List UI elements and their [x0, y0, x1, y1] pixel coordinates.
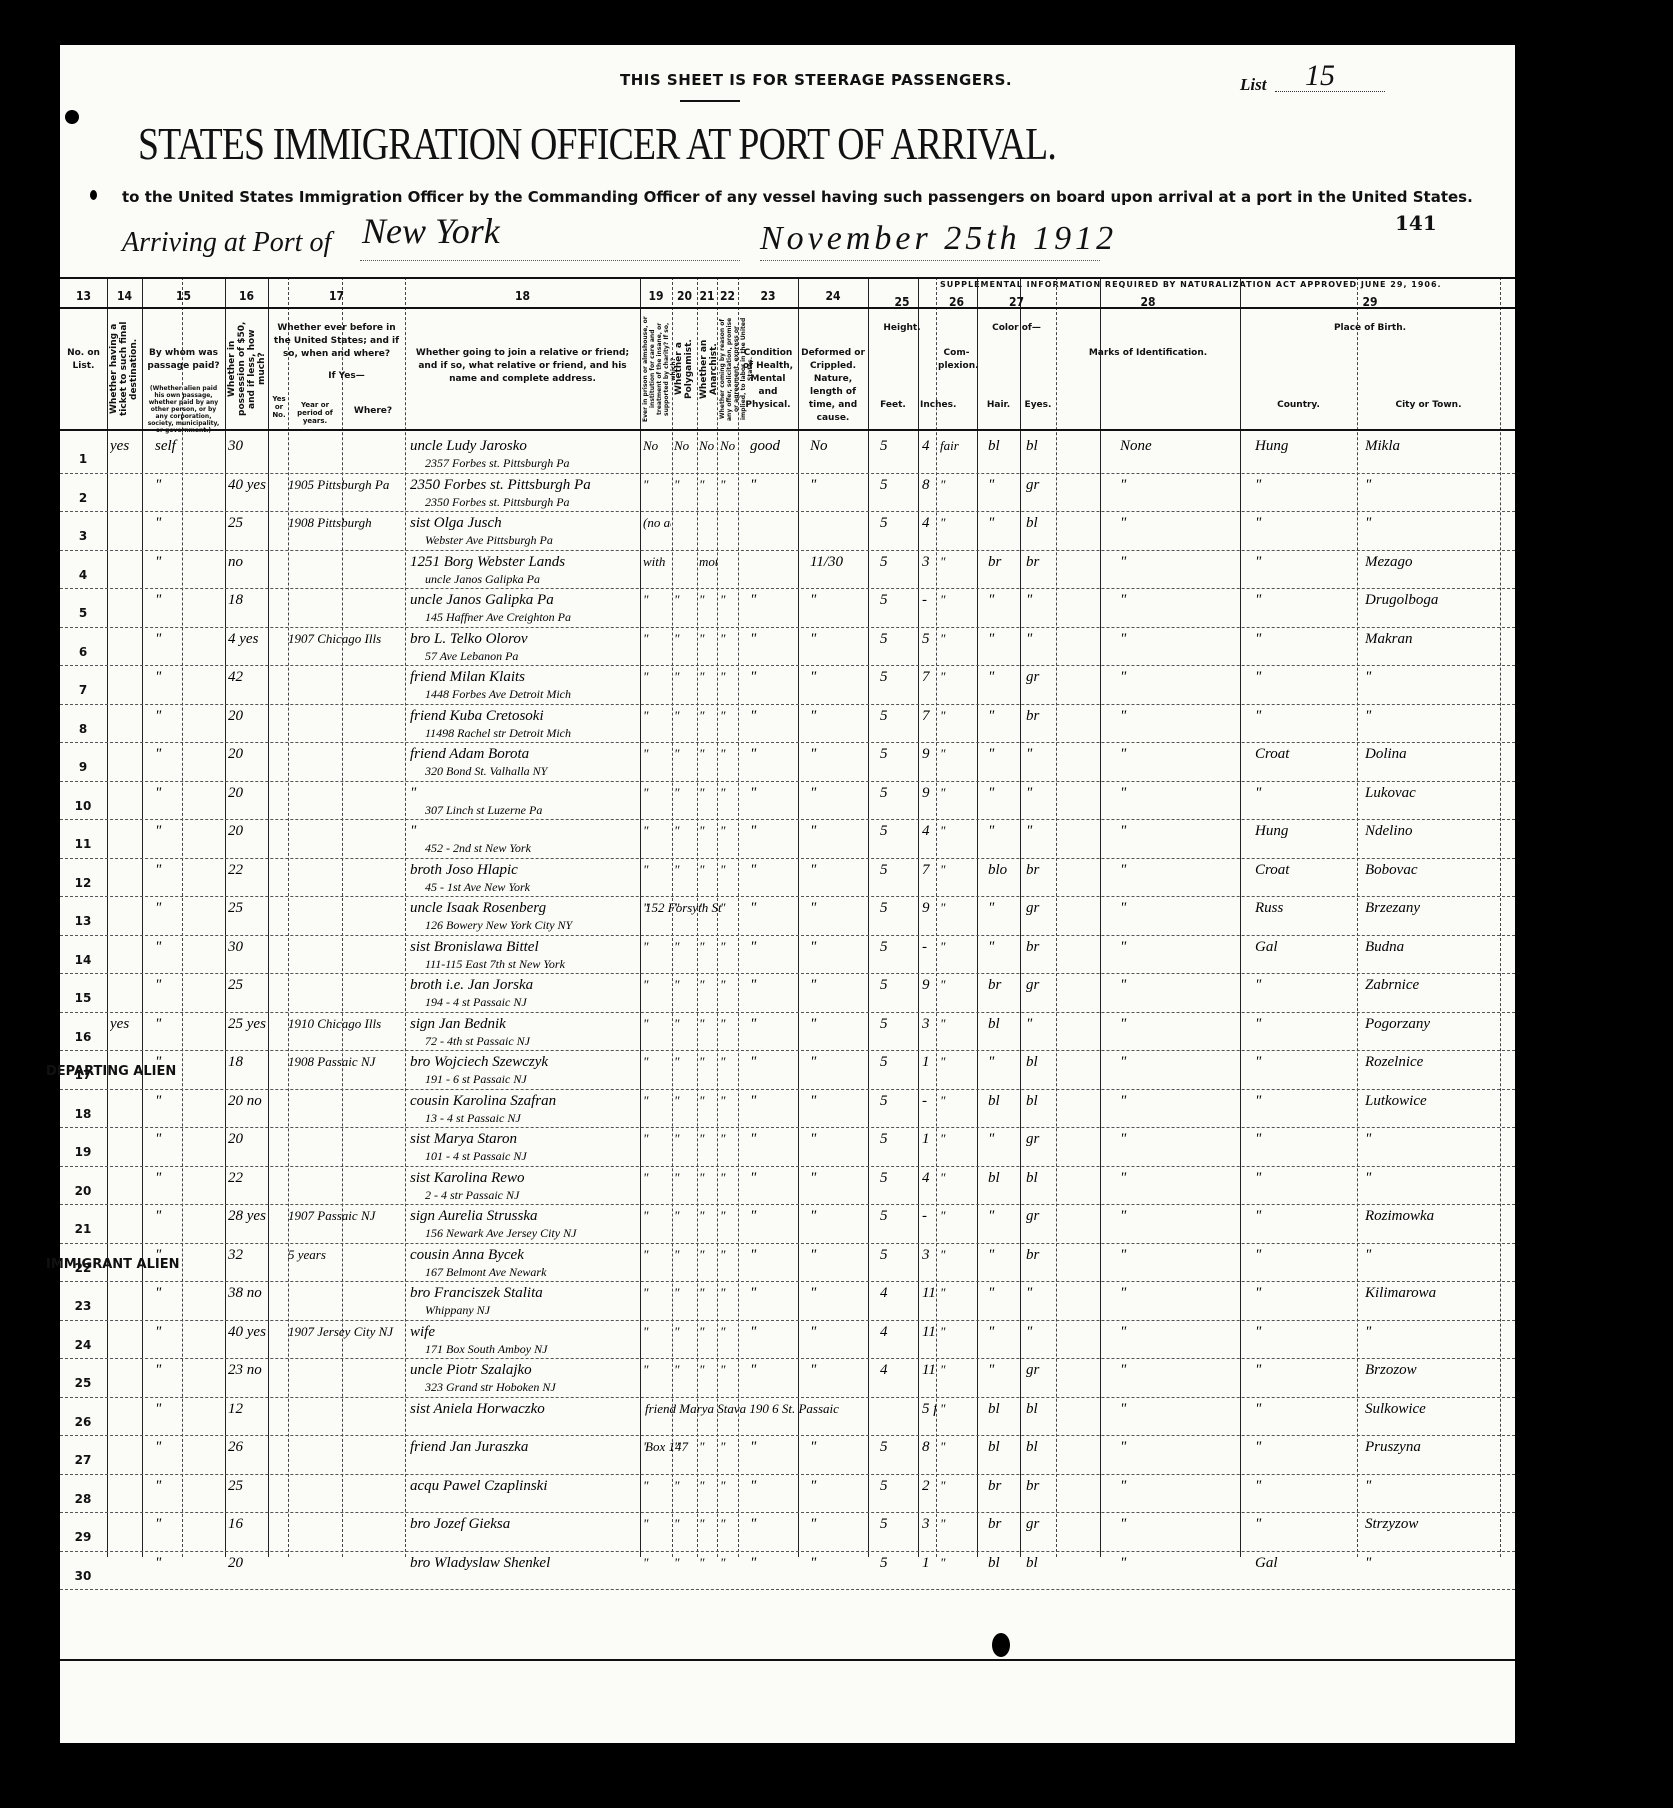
cell-paid: " — [155, 477, 220, 494]
cell-deformed: " — [810, 669, 866, 686]
cell-country: " — [1255, 669, 1355, 686]
cell-relative: sign Aurelia Strusska — [410, 1208, 638, 1225]
cell-ft: 5 — [880, 1516, 910, 1533]
cell-c20: " — [674, 785, 696, 801]
row-number: 29 — [68, 1530, 98, 1544]
cell-c19: " — [643, 1054, 671, 1070]
cell-ft: 5 — [880, 1555, 910, 1572]
column-number: 18 — [405, 289, 640, 303]
cell-c21: " — [699, 977, 717, 993]
cell-c22: " — [720, 1093, 738, 1109]
relative-address: 57 Ave Lebanon Pa — [425, 649, 637, 664]
cell-city: Mezago — [1365, 554, 1495, 571]
column-number: 15 — [142, 289, 225, 303]
page-title: STATES IMMIGRATION OFFICER AT PORT OF AR… — [138, 117, 1056, 170]
relative-address: 126 Bowery New York City NY — [425, 918, 637, 933]
cell-paid: " — [155, 1439, 220, 1456]
cell-marks: " — [1120, 1324, 1230, 1341]
cell-c22: " — [720, 477, 738, 493]
cell-eyes: br — [1026, 939, 1056, 956]
cell-ft: 4 — [880, 1324, 910, 1341]
cell-money: 20 — [228, 1131, 283, 1148]
cell-c21: " — [699, 862, 717, 878]
cell-ft: 4 — [880, 1285, 910, 1302]
cell-deformed: " — [810, 746, 866, 763]
cell-relative: friend Milan Klaits — [410, 669, 638, 686]
cell-marks: " — [1120, 900, 1230, 917]
cell-money: 30 — [228, 939, 283, 956]
cell-c20: " — [674, 1247, 696, 1263]
cell-deformed: " — [810, 477, 866, 494]
cell-country: " — [1255, 592, 1355, 609]
cell-country: " — [1255, 515, 1355, 532]
cell-money: 23 no — [228, 1362, 283, 1379]
row-divider — [60, 1012, 1515, 1013]
cell-eyes: bl — [1026, 438, 1056, 455]
cell-c22: " — [720, 1131, 738, 1147]
relative-address: 156 Newark Ave Jersey City NJ — [425, 1226, 637, 1241]
cell-c20: " — [674, 1016, 696, 1032]
cell-complexion: " — [940, 977, 976, 993]
column-subheader: Where? — [344, 405, 402, 418]
cell-complexion: " — [940, 515, 976, 531]
row-number: 6 — [68, 645, 98, 659]
cell-c22: " — [720, 939, 738, 955]
cell-relative: cousin Anna Bycek — [410, 1247, 638, 1264]
column-header: Whether ever before in the United States… — [270, 322, 403, 361]
cell-c19: " — [643, 592, 671, 608]
column-number: 27 — [977, 295, 1056, 309]
column-header: Com-plexion. — [938, 347, 975, 373]
cell-c19: (no address given) — [643, 515, 671, 531]
cell-eyes: gr — [1026, 477, 1056, 494]
cell-hair: " — [988, 1208, 1018, 1225]
column-number: 17 — [268, 289, 405, 303]
cell-relative: cousin Karolina Szafran — [410, 1093, 638, 1110]
cell-c20: " — [674, 1208, 696, 1224]
cell-c20: " — [674, 1555, 696, 1571]
cell-health: " — [750, 1208, 796, 1225]
cell-deformed: " — [810, 1324, 866, 1341]
cell-in: - — [922, 1208, 936, 1225]
cell-city: Rozimowka — [1365, 1208, 1495, 1225]
cell-c19: " — [643, 1285, 671, 1301]
column-header: No. on List. — [62, 347, 105, 373]
cell-country: " — [1255, 1093, 1355, 1110]
cell-relative: " — [410, 785, 638, 802]
cell-c22: " — [720, 900, 738, 916]
cell-in: 8 — [922, 1439, 936, 1456]
column-divider — [1240, 277, 1241, 1557]
cell-money: 20 — [228, 708, 283, 725]
cell-country: " — [1255, 1131, 1355, 1148]
cell-hair: " — [988, 939, 1018, 956]
cell-deformed: " — [810, 1362, 866, 1379]
cell-c22: " — [720, 1478, 738, 1494]
cell-in: - — [922, 592, 936, 609]
cell-in: 9 — [922, 746, 936, 763]
cell-c20: No — [674, 438, 696, 454]
cell-deformed: " — [810, 708, 866, 725]
table-bottom-rule — [60, 1659, 1515, 1661]
cell-marks: " — [1120, 1478, 1230, 1495]
cell-city: Brzezany — [1365, 900, 1495, 917]
cell-paid: " — [155, 977, 220, 994]
cell-paid: " — [155, 1208, 220, 1225]
cell-c19: " — [643, 1362, 671, 1378]
cell-complexion: " — [940, 669, 976, 685]
cell-relative: friend Jan Juraszka — [410, 1439, 638, 1456]
cell-eyes: bl — [1026, 515, 1056, 532]
cell-city: " — [1365, 1478, 1495, 1495]
cell-country: Croat — [1255, 746, 1355, 763]
cell-ticket: yes — [110, 1016, 142, 1033]
cell-country: " — [1255, 1516, 1355, 1533]
cell-city: Mikla — [1365, 438, 1495, 455]
cell-ft: 5 — [880, 1478, 910, 1495]
cell-deformed: " — [810, 1285, 866, 1302]
cell-before: 1910 Chicago Ills — [288, 1016, 403, 1032]
cell-paid: " — [155, 1555, 220, 1572]
row-number: 20 — [68, 1184, 98, 1198]
cell-relative: bro Wladyslaw Shenkel — [410, 1555, 638, 1572]
cell-ft: 5 — [880, 1054, 910, 1071]
cell-marks: " — [1120, 1208, 1230, 1225]
cell-c22: " — [720, 977, 738, 993]
cell-in: 11 — [922, 1324, 936, 1341]
cell-relative: broth Joso Hlapic — [410, 862, 638, 879]
cell-country: Gal — [1255, 939, 1355, 956]
cell-money: 25 — [228, 515, 283, 532]
cell-marks: " — [1120, 1016, 1230, 1033]
cell-hair: " — [988, 477, 1018, 494]
cell-money: 12 — [228, 1401, 283, 1418]
cell-ft: 5 — [880, 1170, 910, 1187]
cell-ft: 5 — [880, 1247, 910, 1264]
cell-complexion: " — [940, 1016, 976, 1032]
row-divider — [60, 1512, 1515, 1513]
cell-money: 22 — [228, 1170, 283, 1187]
cell-c21: " — [699, 1131, 717, 1147]
cell-complexion: " — [940, 708, 976, 724]
cell-hair: bl — [988, 1401, 1018, 1418]
column-subheader: Yes or No. — [270, 395, 288, 419]
row-divider — [60, 1435, 1515, 1436]
cell-in: 1 — [922, 1555, 936, 1572]
relative-address: 191 - 6 st Passaic NJ — [425, 1072, 637, 1087]
cell-in: 7 — [922, 708, 936, 725]
cell-complexion: " — [940, 1362, 976, 1378]
cell-c22: " — [720, 1439, 738, 1455]
cell-ft: 5 — [880, 1131, 910, 1148]
cell-in: 4 — [922, 438, 936, 455]
cell-country: " — [1255, 1285, 1355, 1302]
cell-marks: " — [1120, 592, 1230, 609]
column-subheader: Year or period of years. — [290, 401, 340, 425]
cell-ft: 5 — [880, 1439, 910, 1456]
cell-ft: 5 — [880, 900, 910, 917]
cell-c19: " — [643, 477, 671, 493]
margin-note-departing: DEPARTING ALIEN — [46, 1064, 176, 1079]
cell-hair: br — [988, 977, 1018, 994]
cell-paid: " — [155, 1131, 220, 1148]
relative-address: 2357 Forbes st. Pittsburgh Pa — [425, 456, 637, 471]
steerage-notice: THIS SHEET IS FOR STEERAGE PASSENGERS. — [620, 71, 1012, 89]
cell-paid: " — [155, 631, 220, 648]
cell-marks: " — [1120, 1131, 1230, 1148]
cell-marks: " — [1120, 1247, 1230, 1264]
cell-paid: " — [155, 1016, 220, 1033]
cell-complexion: " — [940, 592, 976, 608]
cell-deformed: No — [810, 438, 866, 455]
column-header: Whether a Polygamist. — [674, 313, 695, 425]
cell-ft: 5 — [880, 554, 910, 571]
cell-hair: bl — [988, 1170, 1018, 1187]
column-header: Marks of Identification. — [1058, 347, 1238, 360]
column-divider — [1500, 277, 1501, 1557]
row-number: 5 — [68, 606, 98, 620]
cell-paid: " — [155, 1093, 220, 1110]
relative-address: 1448 Forbes Ave Detroit Mich — [425, 687, 637, 702]
cell-marks: " — [1120, 1170, 1230, 1187]
cell-c21: " — [699, 746, 717, 762]
cell-ticket: yes — [110, 438, 142, 455]
cell-money: 25 — [228, 1478, 283, 1495]
cell-country: " — [1255, 1016, 1355, 1033]
cell-deformed: " — [810, 785, 866, 802]
row-divider — [60, 665, 1515, 666]
cell-hair: " — [988, 900, 1018, 917]
cell-c20: " — [674, 746, 696, 762]
cell-c21: " — [699, 1054, 717, 1070]
cell-eyes: bl — [1026, 1054, 1056, 1071]
cell-complexion: " — [940, 1131, 976, 1147]
row-number: 15 — [68, 991, 98, 1005]
cell-c20: " — [674, 1478, 696, 1494]
cell-city: Rozelnice — [1365, 1054, 1495, 1071]
cell-money: 38 no — [228, 1285, 283, 1302]
relative-address: 101 - 4 st Passaic NJ — [425, 1149, 637, 1164]
cell-eyes: gr — [1026, 1131, 1056, 1148]
column-header: Whether an Anarchist. — [699, 313, 715, 425]
cell-health: " — [750, 1324, 796, 1341]
row-number: 14 — [68, 953, 98, 967]
row-number: 27 — [68, 1453, 98, 1467]
cell-eyes: " — [1026, 1285, 1056, 1302]
ink-blot — [90, 190, 97, 200]
arrival-date: November 25th 1912 — [760, 220, 1117, 258]
relative-address: 45 - 1st Ave New York — [425, 880, 637, 895]
cell-hair: " — [988, 1054, 1018, 1071]
cell-ft: 5 — [880, 477, 910, 494]
cell-c21: " — [699, 1324, 717, 1340]
column-divider — [936, 277, 937, 1557]
relative-address: 452 - 2nd st New York — [425, 841, 637, 856]
cell-ft: 4 — [880, 1362, 910, 1379]
cell-c19: " — [643, 1131, 671, 1147]
cell-country: " — [1255, 1362, 1355, 1379]
cell-marks: " — [1120, 1516, 1230, 1533]
cell-eyes: " — [1026, 1324, 1056, 1341]
cell-complexion: fair — [940, 438, 976, 454]
cell-relative: 1251 Borg Webster Lands — [410, 554, 638, 571]
cell-c19: " — [643, 977, 671, 993]
column-divider — [142, 277, 143, 1557]
cell-relative: sist Olga Jusch — [410, 515, 638, 532]
row-number: 3 — [68, 529, 98, 543]
cell-c22: " — [720, 592, 738, 608]
header-top-rule — [60, 277, 1515, 279]
relative-address: 111-115 East 7th st New York — [425, 957, 637, 972]
cell-country: Hung — [1255, 823, 1355, 840]
cell-hair: br — [988, 1478, 1018, 1495]
cell-paid: " — [155, 1478, 220, 1495]
row-number: 26 — [68, 1415, 98, 1429]
cell-city: " — [1365, 1247, 1495, 1264]
cell-c19: " — [643, 669, 671, 685]
cell-ft: 5 — [880, 708, 910, 725]
row-number: 16 — [68, 1030, 98, 1044]
row-divider — [60, 896, 1515, 897]
relative-address: 194 - 4 st Passaic NJ — [425, 995, 637, 1010]
cell-eyes: br — [1026, 1247, 1056, 1264]
cell-eyes: bl — [1026, 1555, 1056, 1572]
column-subheader: Hair. — [979, 399, 1018, 412]
column-subheader: If Yes— — [290, 370, 403, 383]
cell-marks: " — [1120, 939, 1230, 956]
cell-relative: friend Kuba Cretosoki — [410, 708, 638, 725]
relative-address: 323 Grand str Hoboken NJ — [425, 1380, 637, 1395]
column-number: 25 — [868, 295, 936, 309]
cell-money: 40 yes — [228, 477, 283, 494]
cell-city: " — [1365, 1170, 1495, 1187]
column-header: By whom was passage paid? — [144, 347, 223, 373]
column-divider — [342, 277, 343, 1557]
cell-money: 4 yes — [228, 631, 283, 648]
cell-paid: " — [155, 1170, 220, 1187]
cell-in: 9 — [922, 900, 936, 917]
cell-c19: " — [643, 631, 671, 647]
cell-ft: 5 — [880, 1016, 910, 1033]
cell-complexion: " — [940, 1555, 976, 1571]
cell-c19: " — [643, 1093, 671, 1109]
cell-country: Croat — [1255, 862, 1355, 879]
cell-c21: " — [699, 1285, 717, 1301]
cell-health: " — [750, 785, 796, 802]
cell-deformed: 11/30 — [810, 554, 866, 571]
row-divider — [60, 1050, 1515, 1051]
row-divider — [60, 1358, 1515, 1359]
cell-in: 4 — [922, 1170, 936, 1187]
row-divider — [60, 1243, 1515, 1244]
cell-c19: " — [643, 939, 671, 955]
cell-relative: uncle Isaak Rosenberg — [410, 900, 638, 917]
cell-deformed: " — [810, 939, 866, 956]
column-divider — [225, 277, 226, 1557]
cell-c19: " — [643, 862, 671, 878]
port-underline — [360, 260, 740, 261]
ink-blot — [992, 1633, 1010, 1657]
column-header: Condition of Health, Mental and Physical… — [740, 347, 796, 412]
cell-complexion: " — [940, 1478, 976, 1494]
cell-c21: " — [699, 823, 717, 839]
cell-deformed: " — [810, 977, 866, 994]
cell-paid: " — [155, 785, 220, 802]
cell-country: " — [1255, 1247, 1355, 1264]
cell-ft: 5 — [880, 785, 910, 802]
column-divider — [868, 277, 869, 1557]
cell-eyes: gr — [1026, 669, 1056, 686]
row-divider — [60, 588, 1515, 589]
cell-hair: bl — [988, 438, 1018, 455]
cell-c20: " — [674, 1516, 696, 1532]
cell-marks: " — [1120, 862, 1230, 879]
cell-health: " — [750, 1478, 796, 1495]
cell-country: " — [1255, 1324, 1355, 1341]
relative-address: 320 Bond St. Valhalla NY — [425, 764, 637, 779]
row-number: 11 — [68, 837, 98, 851]
cell-city: Drugolboga — [1365, 592, 1495, 609]
cell-country: Hung — [1255, 438, 1355, 455]
cell-c19: " — [643, 1439, 671, 1455]
cell-money: 20 no — [228, 1093, 283, 1110]
cell-c19: " — [643, 1016, 671, 1032]
column-number: 26 — [936, 295, 977, 309]
row-number: 9 — [68, 760, 98, 774]
supplemental-note: SUPPLEMENTAL INFORMATION REQUIRED BY NAT… — [940, 280, 1442, 289]
cell-relative: uncle Piotr Szalajko — [410, 1362, 638, 1379]
cell-complexion: " — [940, 900, 976, 916]
cell-deformed: " — [810, 1016, 866, 1033]
page-number: 141 — [1395, 211, 1437, 235]
relative-address: 171 Box South Amboy NJ — [425, 1342, 637, 1357]
cell-city: Sulkowice — [1365, 1401, 1495, 1418]
cell-c20: " — [674, 477, 696, 493]
cell-c19: " — [643, 1208, 671, 1224]
column-divider — [672, 277, 673, 1557]
cell-in: 9 — [922, 785, 936, 802]
manifest-table: SUPPLEMENTAL INFORMATION REQUIRED BY NAT… — [60, 277, 1515, 1577]
cell-city: Bobovac — [1365, 862, 1495, 879]
cell-hair: " — [988, 746, 1018, 763]
cell-money: 25 — [228, 977, 283, 994]
cell-paid: " — [155, 669, 220, 686]
row-divider — [60, 1320, 1515, 1321]
cell-c19: " — [643, 1478, 671, 1494]
cell-c19: " — [643, 1516, 671, 1532]
cell-hair: " — [988, 1362, 1018, 1379]
row-divider — [60, 511, 1515, 512]
date-underline — [760, 260, 1100, 261]
cell-health: " — [750, 669, 796, 686]
cell-health: " — [750, 477, 796, 494]
cell-c19: " — [643, 708, 671, 724]
row-divider — [60, 1281, 1515, 1282]
cell-relative: acqu Pawel Czaplinski — [410, 1478, 638, 1495]
cell-deformed: " — [810, 631, 866, 648]
cell-money: 18 — [228, 1054, 283, 1071]
cell-relative: bro Wojciech Szewczyk — [410, 1054, 638, 1071]
cell-c22: " — [720, 1285, 738, 1301]
cell-money: 16 — [228, 1516, 283, 1533]
cell-in: 4 — [922, 823, 936, 840]
cell-health: " — [750, 1131, 796, 1148]
cell-country: " — [1255, 977, 1355, 994]
row-number: 30 — [68, 1569, 98, 1583]
column-header: Whether having a ticket to such final de… — [109, 313, 140, 425]
row-number: 8 — [68, 722, 98, 736]
cell-before: 5 years — [288, 1247, 403, 1263]
